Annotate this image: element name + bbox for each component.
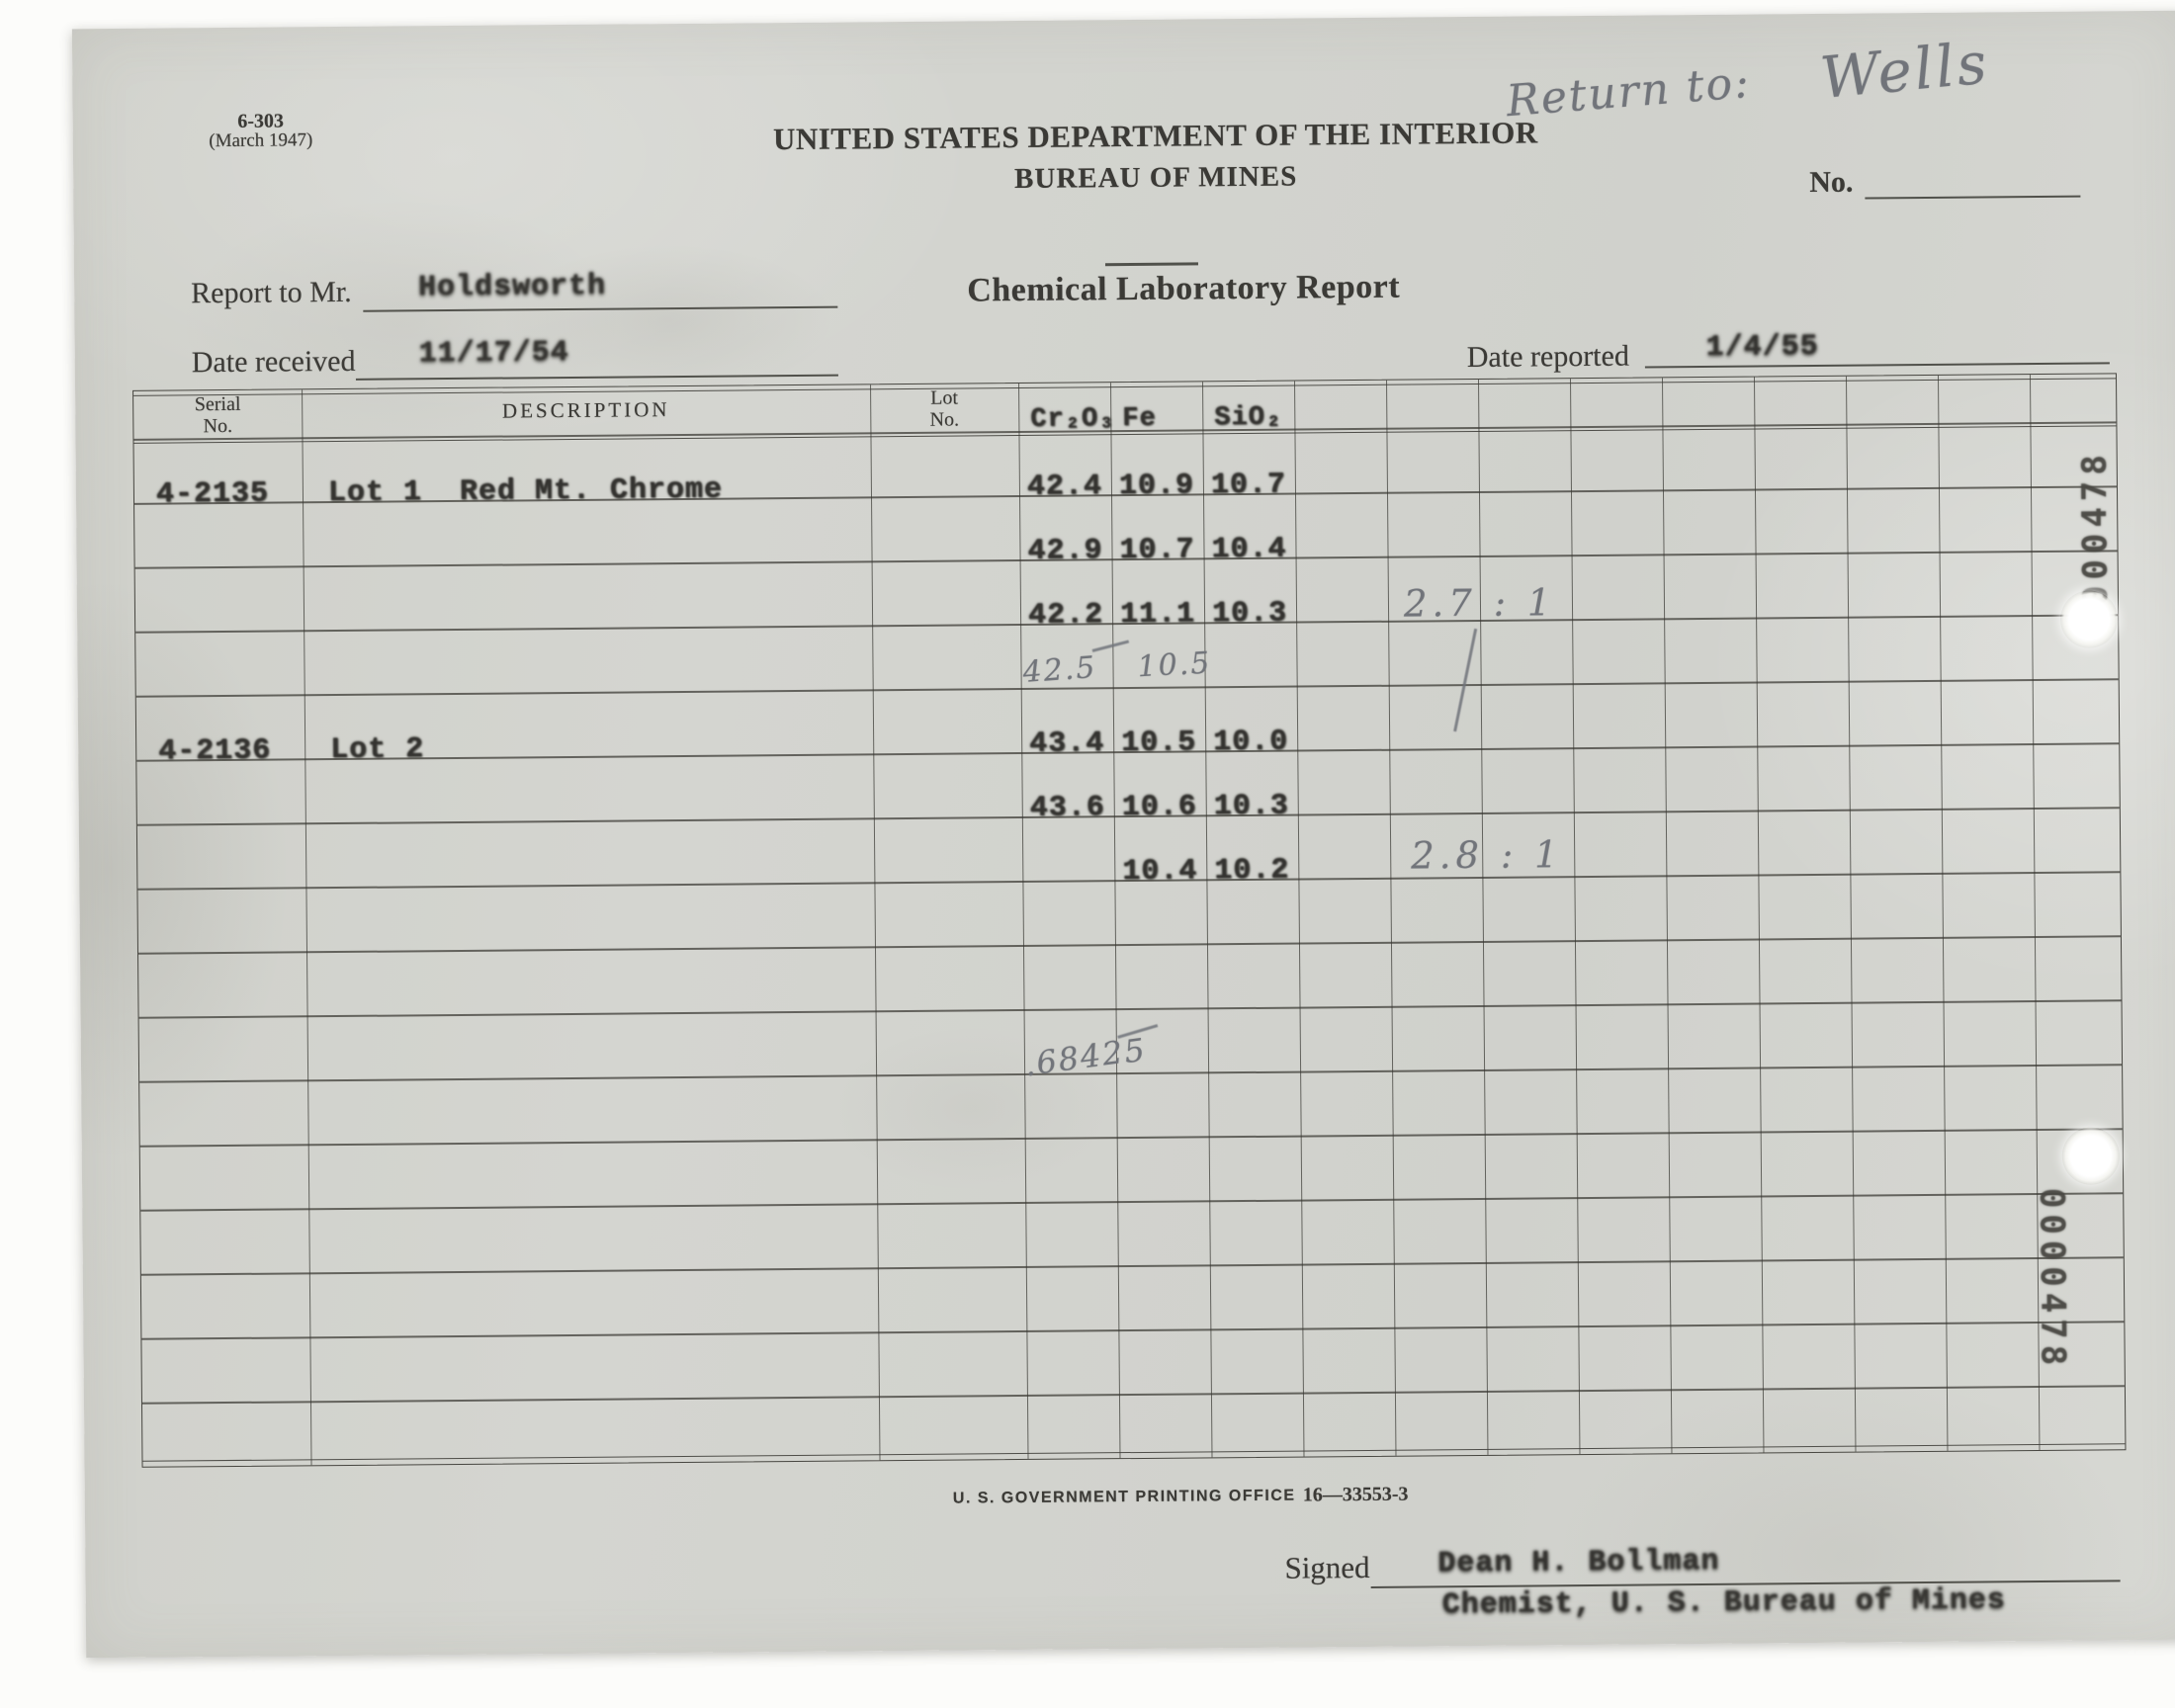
table-top-rule [133,378,2116,395]
cell-fe: 10.6 [1122,790,1197,824]
cell-cr2o3: 43.4 [1029,726,1104,761]
handwritten-lot2-ratio: 2.8 : 1 [1411,833,1563,877]
cell-cr2o3: 42.9 [1027,534,1102,568]
cell-sio2: 10.4 [1211,533,1286,567]
cell-cr2o3: 43.6 [1030,791,1105,825]
handwritten-lot1-ratio: 2.7 : 1 [1404,581,1556,625]
gpo-imprint: U. S. GOVERNMENT PRINTING OFFICE [953,1488,1296,1508]
document-number-stamp-bottom: 0000478 [2032,1188,2073,1445]
report-to-value: Holdsworth [418,270,606,305]
assay-table: Serial No.DESCRIPTIONLot No.Cr₂O₃FeSiO₂4… [132,373,2126,1467]
table-grid-hline [141,1321,2124,1339]
table-grid-vline [1570,379,1580,1454]
col-header-lot: Lot No. [870,386,1018,431]
cell-description: Lot 1 Red Mt. Chrome [328,473,723,510]
cell-fe: 10.4 [1122,854,1197,889]
table-grid-vline [1294,382,1304,1457]
assay-column-header: SiO₂ [1214,401,1282,436]
paper-sheet: 6-303 (March 1947) UNITED STATES DEPARTM… [72,11,2175,1659]
handwritten-return-to-name: Wells [1817,29,1992,112]
date-received-value: 11/17/54 [419,336,569,371]
cell-fe: 10.7 [1119,533,1194,567]
assay-column-header: Fe [1122,402,1157,436]
no-label: No. [1809,166,1853,200]
cell-sio2: 10.0 [1213,726,1288,760]
date-received-label: Date received [192,345,356,380]
table-grid-hline [138,935,2121,954]
table-grid-hline [140,1192,2123,1211]
col-header-description: DESCRIPTION [302,396,870,423]
cell-sio2: 10.7 [1211,469,1286,503]
handwritten-avg-fe: 10.5 [1137,645,1213,685]
cell-fe: 10.9 [1119,469,1194,503]
table-grid-hline [140,1128,2123,1147]
col-header-serial: Serial No. [133,392,302,437]
date-received-underline [356,375,838,381]
cell-cr2o3: 42.2 [1028,598,1103,633]
table-grid-hline [141,1256,2124,1275]
table-grid-vline [1478,380,1488,1455]
bureau-title: BUREAU OF MINES [498,156,1813,201]
table-grid-vline [1846,377,1856,1452]
assay-column-header: Cr₂O₃ [1030,402,1115,437]
cell-serial: 4-2136 [158,734,271,769]
signed-title: Chemist, U. S. Bureau of Mines [1442,1583,2006,1622]
report-to-underline [363,306,837,312]
table-grid-vline [302,389,311,1465]
table-grid-vline [1754,378,1764,1453]
table-grid-vline [870,384,880,1460]
table-bottom-rule [142,1443,2125,1461]
handwritten-avg-cr2o3: 42.5 [1021,650,1097,691]
table-grid-vline [1386,381,1396,1456]
department-title: UNITED STATES DEPARTMENT OF THE INTERIOR [498,113,1813,160]
punch-hole [2060,590,2119,648]
cell-sio2: 10.3 [1214,790,1289,824]
cell-sio2: 10.3 [1212,597,1287,632]
signed-name: Dean H. Bollman [1437,1545,1719,1580]
cell-cr2o3: 42.4 [1027,470,1102,504]
gpo-number: 16—33553-3 [1303,1484,1409,1507]
cell-description: Lot 2 [330,732,424,767]
cell-fe: 10.5 [1121,726,1196,760]
punch-hole [2062,1127,2121,1185]
signed-label: Signed [1284,1550,1369,1586]
cell-sio2: 10.2 [1214,854,1289,889]
divider-dash [1105,262,1198,266]
no-underline [1865,196,2080,200]
form-revision: (March 1947) [180,129,342,152]
scan-background: 6-303 (March 1947) UNITED STATES DEPARTM… [0,0,2175,1708]
table-grid-hline [142,1385,2125,1404]
cell-serial: 4-2135 [156,477,269,512]
report-to-label: Report to Mr. [191,276,352,310]
report-title: Chemical Laboratory Report [936,268,1431,309]
table-grid-vline [1938,376,1948,1451]
table-grid-hline [136,678,2119,697]
date-reported-value: 1/4/55 [1706,330,1819,365]
date-reported-label: Date reported [1467,340,1629,375]
table-grid-hline [139,999,2122,1018]
table-grid-vline [1662,378,1672,1453]
cell-fe: 11.1 [1120,597,1195,632]
